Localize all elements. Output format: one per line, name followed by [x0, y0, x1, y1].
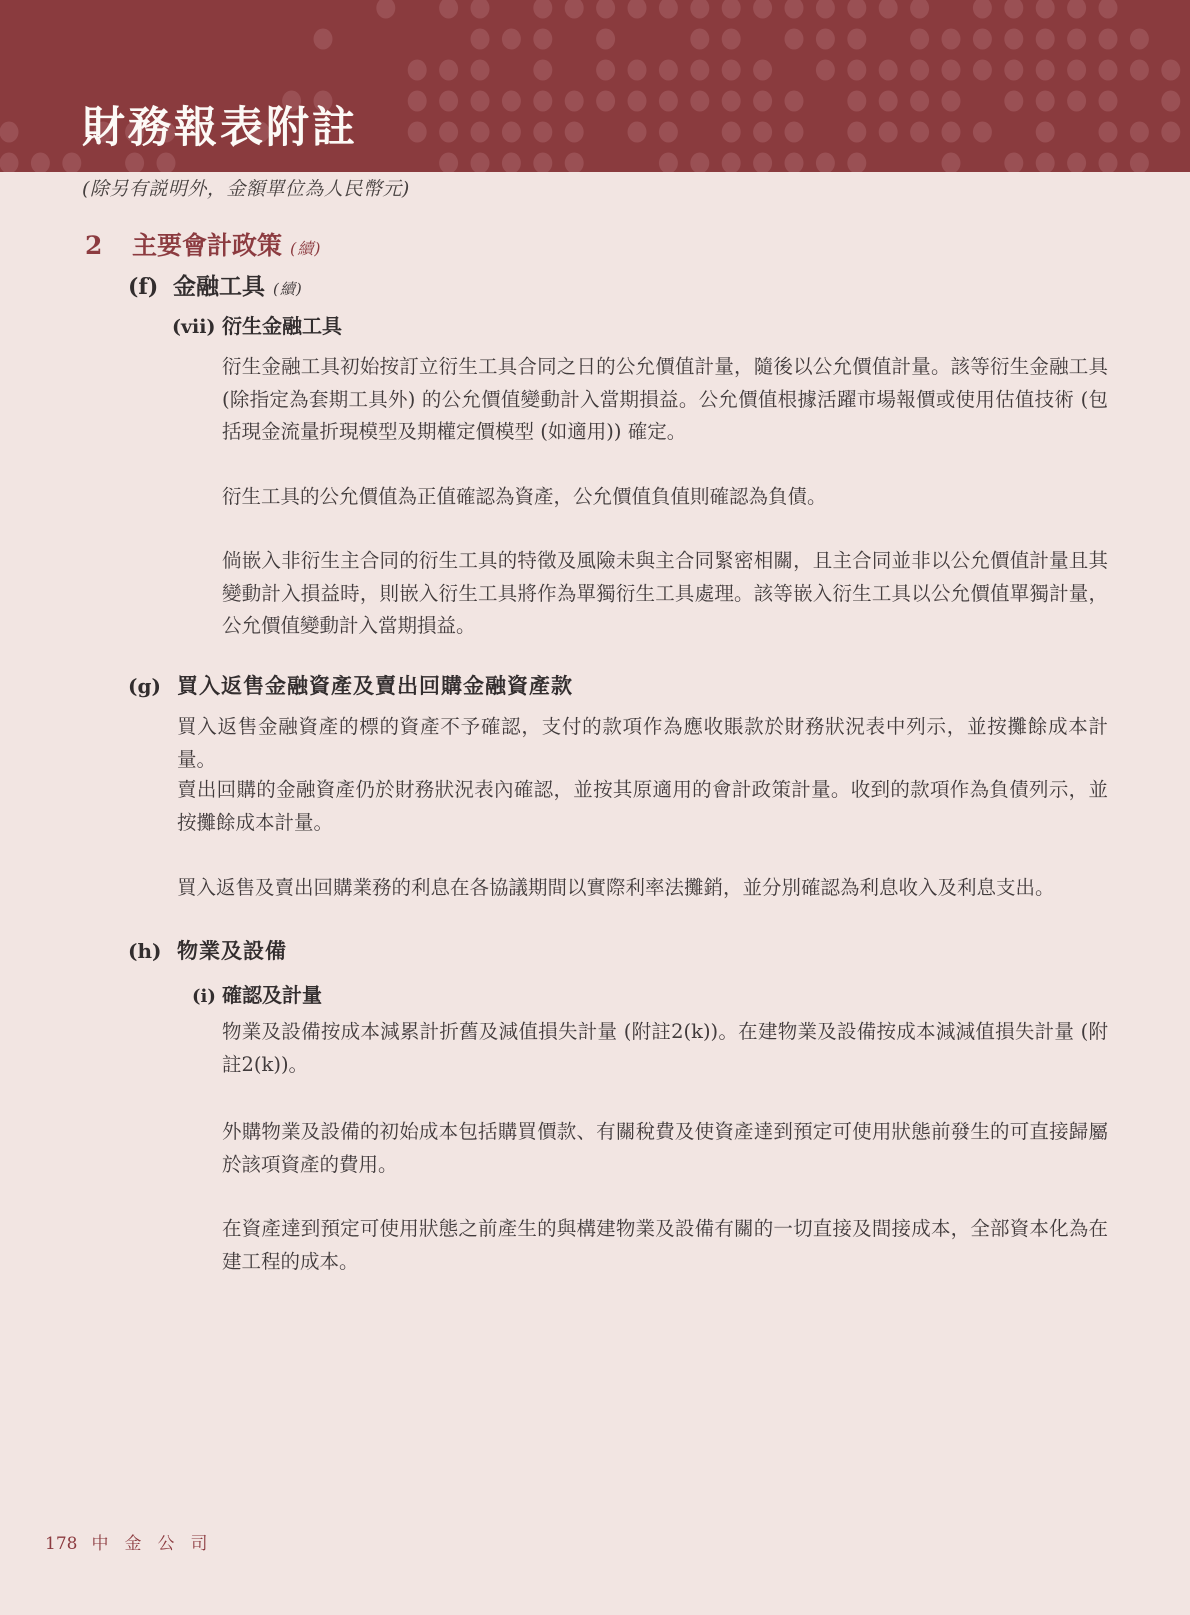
item-vii-label: (vii) [172, 316, 222, 338]
subsection-h-heading: (h)物業及設備 [128, 935, 287, 965]
paragraph: 倘嵌入非衍生主合同的衍生工具的特徵及風險未與主合同緊密相關，且主合同並非以公允價… [222, 545, 1108, 643]
paragraph: 衍生工具的公允價值為正值確認為資產，公允價值負值則確認為負債。 [222, 481, 1108, 514]
subsection-g-heading: (g)買入返售金融資產及賣出回購金融資產款 [128, 670, 573, 700]
document-page: 財務報表附註 (除另有説明外，金額單位為人民幣元) 2主要會計政策(續) (f)… [0, 0, 1190, 1615]
subsection-f-label: (f) [128, 274, 173, 300]
section-2-heading: 2主要會計政策(續) [85, 226, 322, 262]
page-number: 178 [45, 1534, 77, 1554]
section-number: 2 [85, 231, 132, 260]
paragraph: 外購物業及設備的初始成本包括購買價款、有關稅費及使資產達到預定可使用狀態前發生的… [222, 1116, 1108, 1181]
continued-marker: (續) [273, 280, 303, 298]
item-i-heading: (i)確認及計量 [192, 979, 322, 1008]
section-title: 主要會計政策 [132, 231, 282, 260]
item-i-title: 確認及計量 [222, 983, 322, 1007]
paragraph: 賣出回購的金融資產仍於財務狀況表內確認，並按其原適用的會計政策計量。收到的款項作… [177, 774, 1108, 839]
paragraph: 買入返售金融資產的標的資產不予確認，支付的款項作為應收賬款於財務狀況表中列示，並… [177, 711, 1108, 776]
paragraph: 在資產達到預定可使用狀態之前產生的與構建物業及設備有關的一切直接及間接成本，全部… [222, 1213, 1108, 1278]
item-vii-heading: (vii)衍生金融工具 [172, 310, 342, 339]
subsection-g-title: 買入返售金融資產及賣出回購金融資產款 [177, 673, 573, 698]
subsection-f-heading: (f)金融工具(續) [128, 268, 303, 301]
subsection-g-label: (g) [128, 674, 177, 698]
subsection-f-title: 金融工具 [173, 273, 265, 300]
subsection-h-label: (h) [128, 939, 177, 963]
company-name: 中金公司 [91, 1534, 223, 1554]
continued-marker: (續) [290, 239, 322, 258]
item-vii-title: 衍生金融工具 [222, 314, 342, 338]
header-banner: 財務報表附註 [0, 0, 1190, 172]
page-footer: 178中金公司 [45, 1529, 223, 1554]
paragraph: 衍生金融工具初始按訂立衍生工具合同之日的公允價值計量，隨後以公允價值計量。該等衍… [222, 351, 1108, 449]
subsection-h-title: 物業及設備 [177, 938, 287, 963]
paragraph: 物業及設備按成本減累計折舊及減值損失計量 (附註2(k))。在建物業及設備按成本… [222, 1016, 1108, 1081]
page-title: 財務報表附註 [82, 105, 358, 151]
currency-note: (除另有説明外，金額單位為人民幣元) [82, 174, 410, 201]
item-i-label: (i) [192, 986, 222, 1007]
paragraph: 買入返售及賣出回購業務的利息在各協議期間以實際利率法攤銷，並分別確認為利息收入及… [177, 872, 1108, 905]
